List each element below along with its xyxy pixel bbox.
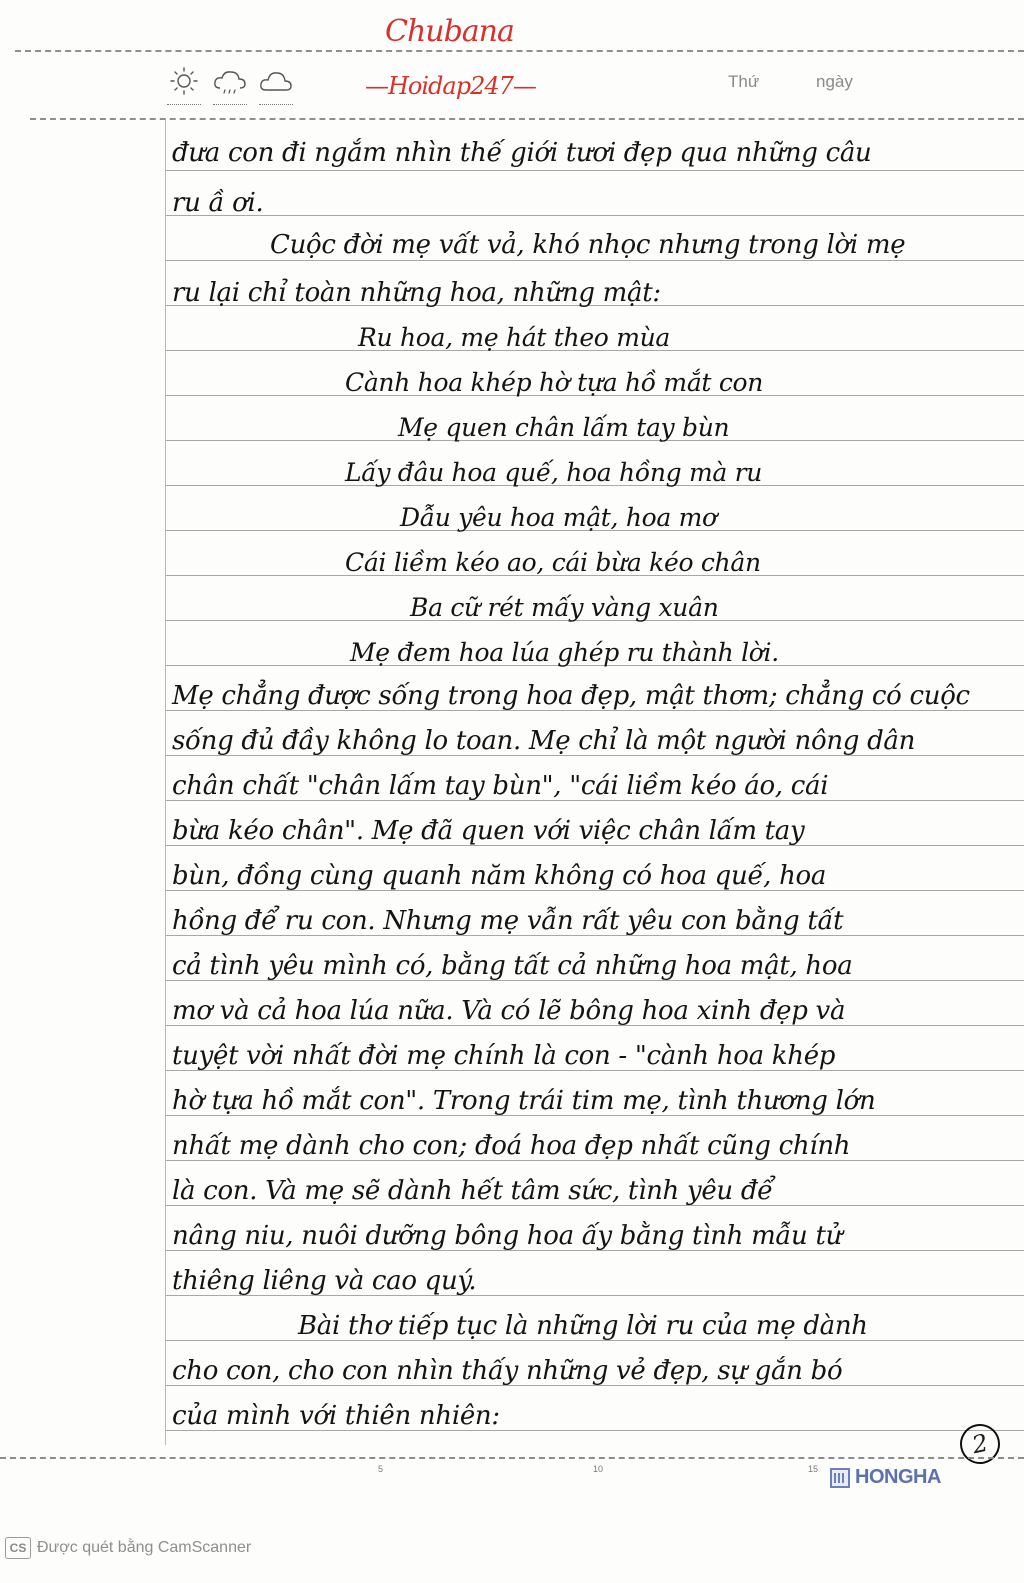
verse-line: Ru hoa, mẹ hát theo mùa — [358, 325, 670, 350]
verse-line: Mẹ quen chân lấm tay bùn — [398, 415, 729, 440]
ruled-line — [166, 215, 1024, 216]
weather-check-line — [213, 104, 247, 105]
text-line: cho con, cho con nhìn thấy những vẻ đẹp,… — [172, 1358, 842, 1384]
verse-line: Mẹ đem hoa lúa ghép ru thành lời. — [350, 640, 779, 665]
bottom-rule — [0, 1457, 1024, 1459]
text-line: thiêng liêng và cao quý. — [172, 1268, 476, 1294]
weather-check-line — [167, 104, 201, 105]
day-label: Thứ — [728, 72, 759, 92]
verse-line: Ba cữ rét mấy vàng xuân — [410, 595, 719, 620]
verse-line: Cái liềm kéo ao, cái bừa kéo chân — [345, 550, 761, 575]
text-line: là con. Và mẹ sẽ dành hết tâm sức, tình … — [172, 1178, 773, 1204]
text-line: tuyệt vời nhất đời mẹ chính là con - "cà… — [172, 1043, 835, 1069]
rain-cloud-icon — [212, 66, 248, 96]
weather-slot-cloud[interactable] — [260, 66, 292, 105]
text-line: hồng để ru con. Nhưng mẹ vẫn rất yêu con… — [172, 908, 843, 934]
author-name: Chubana — [385, 14, 514, 49]
text-line: nhất mẹ dành cho con; đoá hoa đẹp nhất c… — [172, 1133, 850, 1159]
text-line: bừa kéo chân". Mẹ đã quen với việc chân … — [172, 818, 804, 844]
cloud-icon — [258, 66, 294, 96]
text-line: hờ tựa hồ mắt con". Trong trái tim mẹ, t… — [172, 1088, 875, 1114]
brand-name: HONGHA — [855, 1466, 941, 1489]
weather-icons — [168, 66, 292, 105]
weather-check-line — [259, 104, 293, 105]
text-line: Mẹ chẳng được sống trong hoa đẹp, mật th… — [172, 683, 970, 709]
text-line: sống đủ đầy không lo toan. Mẹ chỉ là một… — [172, 728, 915, 754]
header-bottom-rule — [30, 118, 1024, 120]
text-line: của mình với thiên nhiên: — [172, 1403, 500, 1429]
brand: HONGHA — [830, 1466, 941, 1489]
sun-icon — [169, 66, 199, 96]
scanner-watermark: CS Được quét bằng CamScanner — [5, 1537, 251, 1559]
text-line: Cuộc đời mẹ vất vả, khó nhọc nhưng trong… — [270, 232, 905, 258]
text-line: chân chất "chân lấm tay bùn", "cái liềm … — [172, 773, 828, 799]
text-line: đưa con đi ngắm nhìn thế giới tươi đẹp q… — [172, 140, 872, 166]
source-tag: —Hoidap247— — [365, 72, 536, 100]
text-line: cả tình yêu mình có, bằng tất cả những h… — [172, 953, 852, 979]
ruler-mark: 15 — [808, 1464, 818, 1474]
ruler-mark: 10 — [593, 1464, 603, 1474]
brand-logo-icon — [830, 1468, 850, 1488]
verse-line: Lấy đâu hoa quế, hoa hồng mà ru — [345, 460, 762, 485]
ruled-line — [166, 170, 1024, 171]
margin-line — [165, 120, 166, 1445]
header-top-rule — [15, 50, 1024, 52]
date-label: ngày — [816, 72, 853, 92]
verse-line: Cành hoa khép hờ tựa hồ mắt con — [345, 370, 763, 395]
notebook-page: Chubana — [0, 0, 1024, 1583]
ruled-line — [166, 260, 1024, 261]
weather-slot-rain[interactable] — [214, 66, 246, 105]
page-number: 2 — [956, 1420, 1003, 1467]
scanner-text: Được quét bằng CamScanner — [37, 1539, 251, 1557]
text-line: ru ầ ơi. — [172, 190, 263, 216]
text-line: ru lại chỉ toàn những hoa, những mật: — [172, 280, 661, 306]
ruler-mark: 5 — [378, 1464, 383, 1474]
weather-slot-sun[interactable] — [168, 66, 200, 105]
text-line: nâng niu, nuôi dưỡng bông hoa ấy bằng tì… — [172, 1223, 842, 1249]
text-line: bùn, đồng cùng quanh năm không có hoa qu… — [172, 863, 826, 889]
verse-line: Dẫu yêu hoa mật, hoa mơ — [400, 505, 717, 530]
camscanner-logo-icon: CS — [5, 1537, 31, 1559]
text-line: mơ và cả hoa lúa nữa. Và có lẽ bông hoa … — [172, 998, 845, 1024]
text-line: Bài thơ tiếp tục là những lời ru của mẹ … — [298, 1313, 868, 1339]
